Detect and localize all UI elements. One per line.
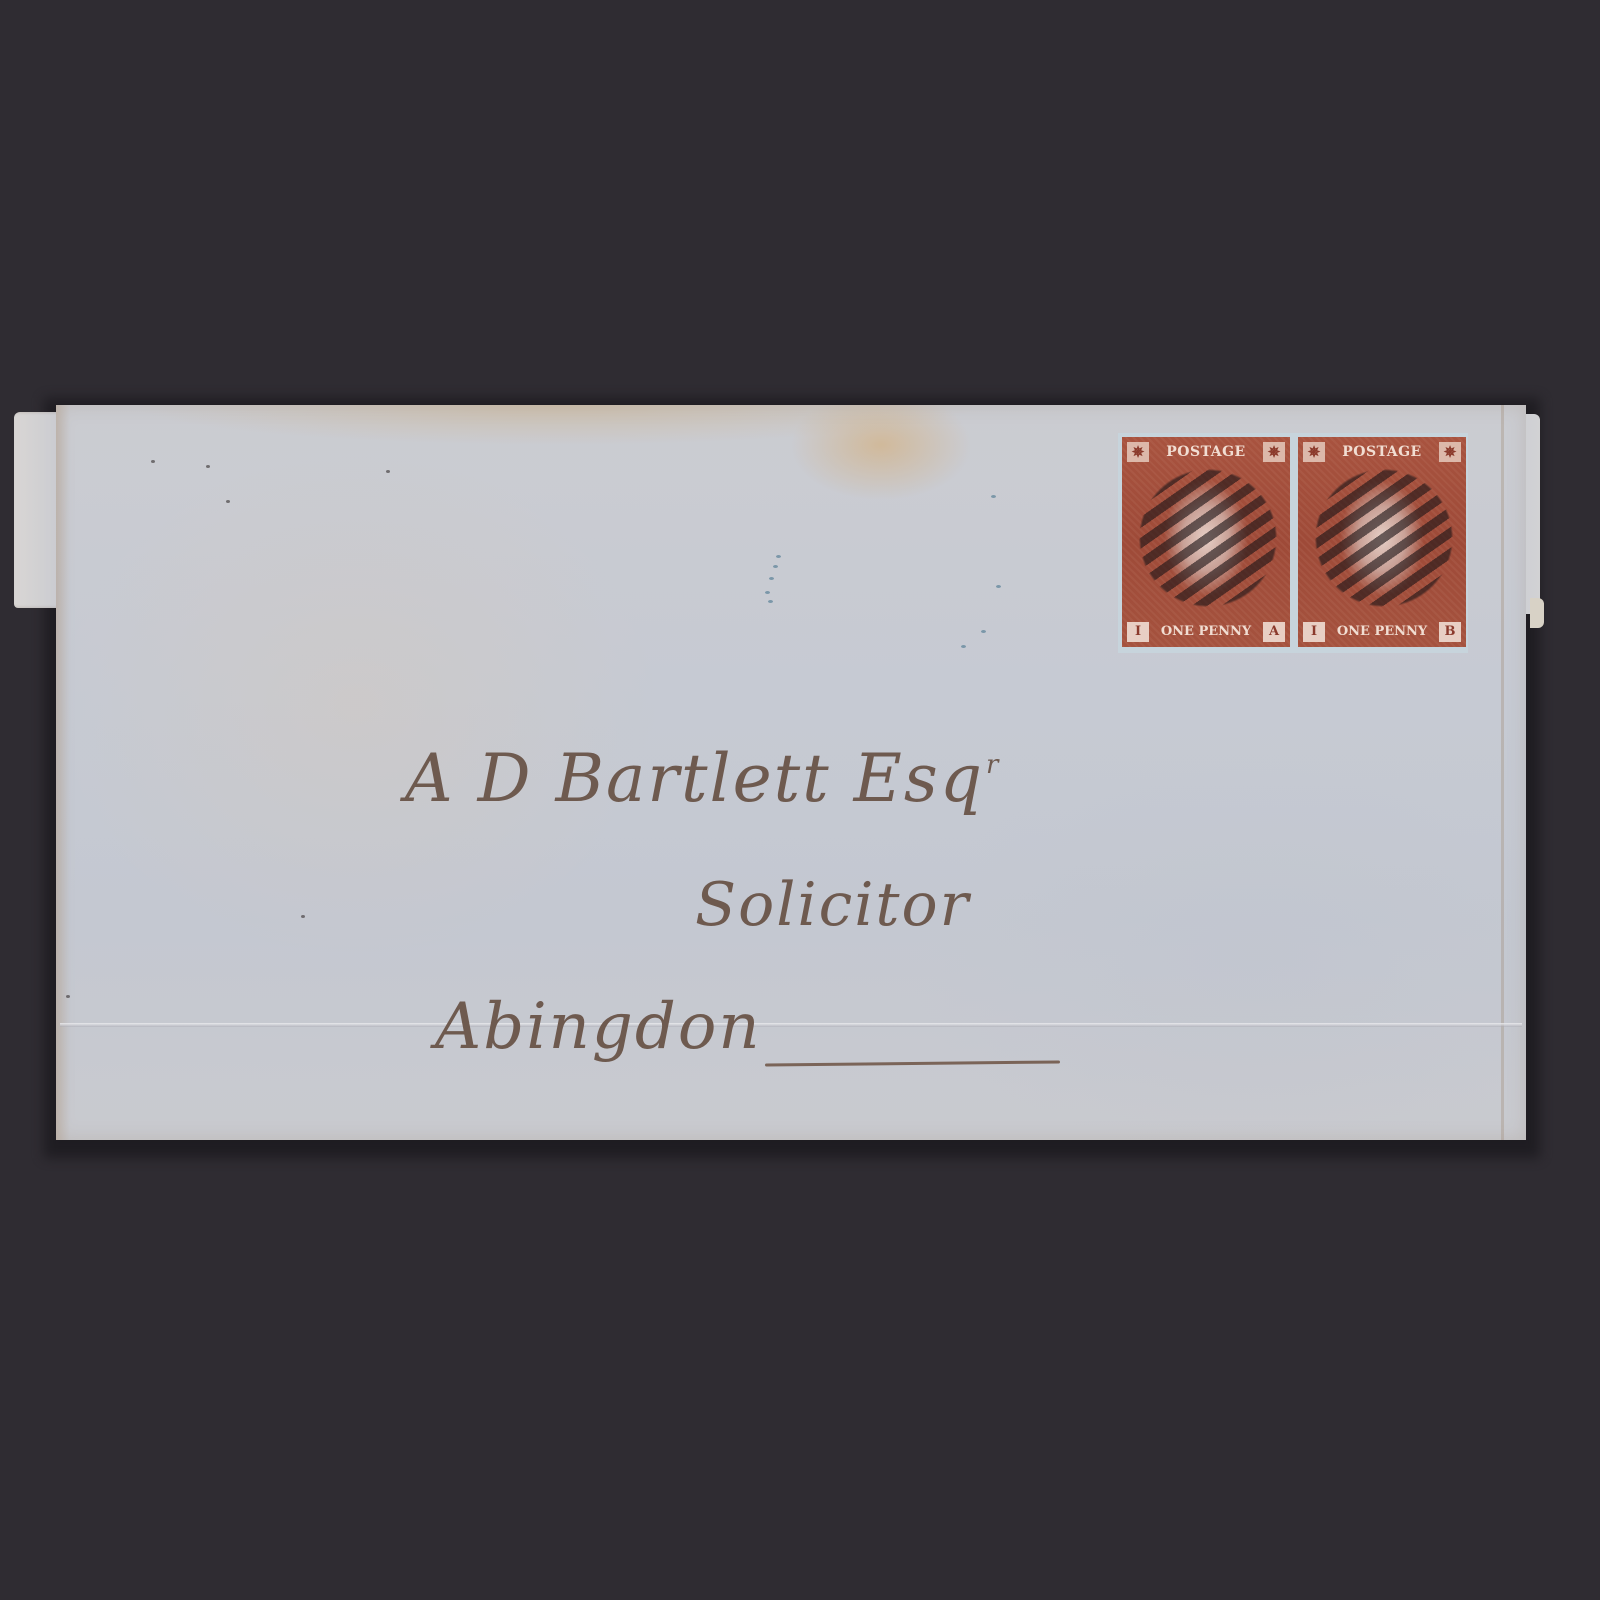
speck — [301, 915, 305, 918]
postmark-remnant — [991, 495, 996, 498]
stamp-value-label: ONE PENNY — [1326, 623, 1438, 641]
postmark-remnant — [773, 565, 778, 568]
postmark-remnant — [769, 577, 774, 580]
star-ornament-icon: ✵ — [1303, 442, 1325, 462]
recipient-suffix: r — [986, 750, 1000, 780]
postmark-remnant — [776, 555, 781, 558]
right-fold-line — [1501, 405, 1504, 1140]
star-ornament-icon: ✵ — [1263, 442, 1285, 462]
recipient-name: A D Bartlett Esq — [405, 740, 984, 817]
stamp-top-label: POSTAGE — [1328, 443, 1436, 461]
stamp-value-label: ONE PENNY — [1150, 623, 1262, 641]
address-recipient: A D Bartlett Esqr — [405, 740, 1000, 817]
fold-crease — [60, 1023, 1522, 1027]
star-ornament-icon: ✵ — [1439, 442, 1461, 462]
address-town: Abingdon — [435, 990, 762, 1064]
check-letter-left: I — [1127, 622, 1149, 642]
address-title: Solicitor — [695, 870, 970, 940]
star-ornament-icon: ✵ — [1127, 442, 1149, 462]
speck — [386, 470, 390, 473]
stamp-pair: ✵ ✵ POSTAGE I ONE PENNY A ✵ ✵ POSTAGE I … — [1118, 433, 1468, 653]
speck — [66, 995, 70, 998]
stamp-penny-red-ib: ✵ ✵ POSTAGE I ONE PENNY B — [1298, 437, 1466, 647]
check-letter-right: A — [1263, 622, 1285, 642]
postmark-remnant — [961, 645, 966, 648]
speck — [206, 465, 210, 468]
postmark-remnant — [981, 630, 986, 633]
stamp-top-label: POSTAGE — [1152, 443, 1260, 461]
left-edge-toning — [56, 405, 70, 1140]
check-letter-left: I — [1303, 622, 1325, 642]
right-flap-tab — [1530, 598, 1544, 628]
postmark-remnant — [996, 585, 1001, 588]
numeral-cancellation — [1306, 463, 1462, 613]
speck — [151, 460, 155, 463]
stamp-penny-red-ia: ✵ ✵ POSTAGE I ONE PENNY A — [1122, 437, 1290, 647]
postmark-remnant — [768, 600, 773, 603]
speck — [226, 500, 230, 503]
postmark-remnant — [765, 591, 770, 594]
numeral-cancellation — [1130, 463, 1286, 613]
check-letter-right: B — [1439, 622, 1461, 642]
scene: ✵ ✵ POSTAGE I ONE PENNY A ✵ ✵ POSTAGE I … — [0, 0, 1600, 1600]
